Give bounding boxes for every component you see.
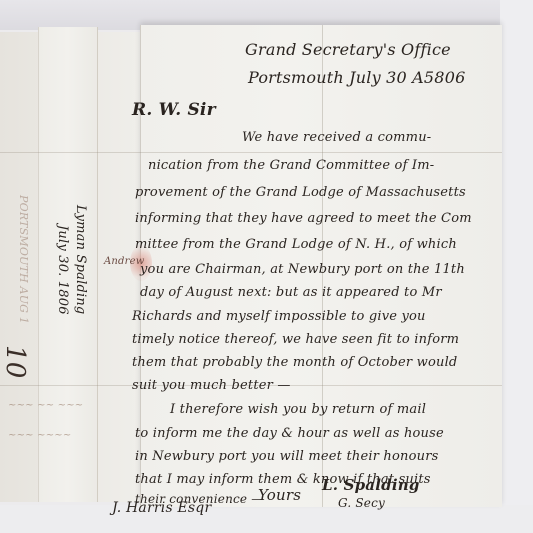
body-line: We have received a commu- <box>242 130 431 145</box>
signature-title: G. Secy <box>338 496 385 510</box>
fold-line <box>0 152 502 153</box>
heading-place-date: Portsmouth July 30 A5806 <box>248 68 465 87</box>
postmark-fragment: Andrew <box>104 256 145 267</box>
postmark-text: PORTSMOUTH AUG 1 <box>17 195 30 324</box>
heading-office: Grand Secretary's Office <box>245 40 451 59</box>
salutation: R. W. Sir <box>132 100 216 120</box>
body-line: nication from the Grand Committee of Im- <box>148 158 434 173</box>
body-line: to inform me the day & hour as well as h… <box>135 426 444 441</box>
postage-rate: 10 <box>0 345 30 378</box>
body-line: I therefore wish you by return of mail <box>170 402 426 417</box>
body-line: in Newbury port you will meet their hono… <box>135 449 439 464</box>
address-faded-line: ~~~ ~~~~ <box>8 430 71 441</box>
background-table <box>0 505 533 533</box>
docket-date: July 30. 1806 <box>55 225 70 315</box>
docket-name: Lyman Spalding <box>73 205 88 314</box>
body-line: them that probably the month of October … <box>132 355 457 370</box>
body-line: informing that they have agreed to meet … <box>135 211 472 226</box>
body-line: timely notice thereof, we have seen fit … <box>132 332 459 347</box>
body-line: mittee from the Grand Lodge of N. H., of… <box>135 237 457 252</box>
body-line: you are Chairman, at Newbury port on the… <box>140 262 465 277</box>
body-line: provement of the Grand Lodge of Massachu… <box>135 185 466 200</box>
signature-name: L. Spalding <box>322 476 420 494</box>
address-faded-line: ~~~ ~~ ~~~ <box>8 400 83 411</box>
closing: Yours <box>258 486 301 504</box>
body-line: day of August next: but as it appeared t… <box>140 285 442 300</box>
addressee: J. Harris Esqr <box>112 500 211 516</box>
body-line: suit you much better — <box>132 378 291 393</box>
background-right <box>500 0 533 533</box>
body-line: Richards and myself impossible to give y… <box>132 309 426 324</box>
